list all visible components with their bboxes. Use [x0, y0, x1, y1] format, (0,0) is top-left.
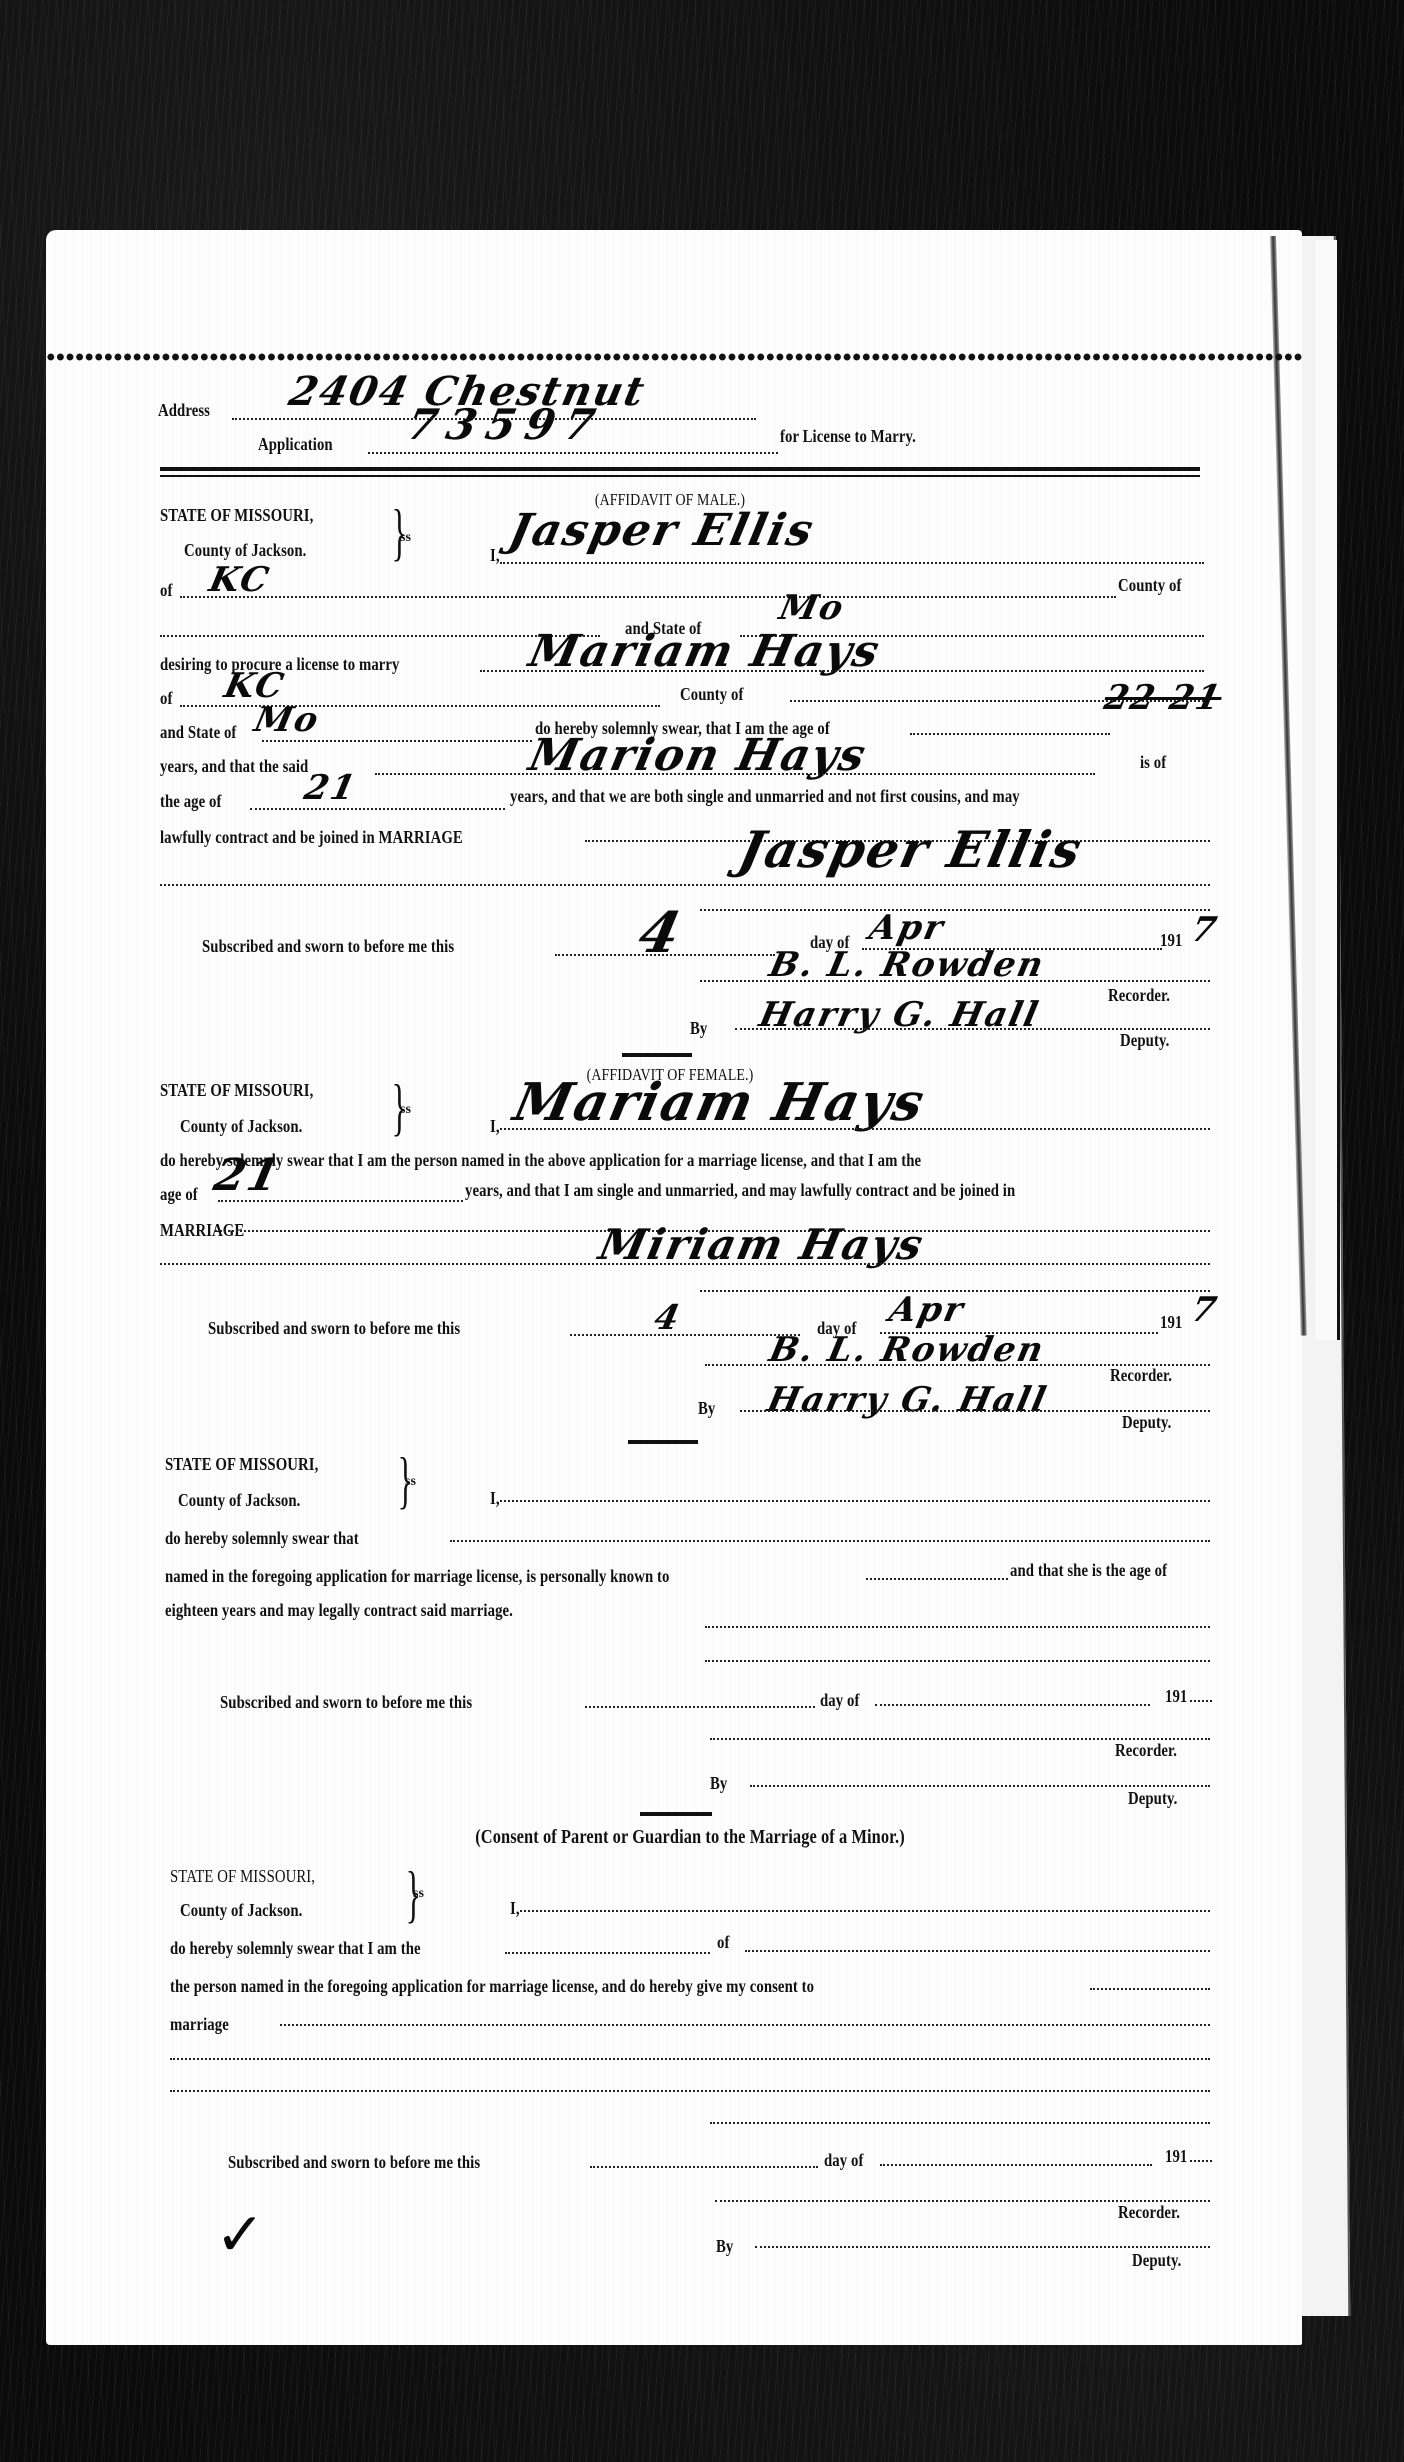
handwritten-groom-age: 22 21: [1101, 678, 1226, 718]
witness-i-label: I,: [490, 1488, 500, 1509]
witness-swear-line: [450, 1540, 1210, 1542]
header-rule-bottom: [160, 475, 1200, 477]
section-divider-3: [640, 1812, 712, 1816]
witness-ss-label: ss: [405, 1474, 416, 1490]
male-state-label: STATE OF MISSOURI,: [160, 505, 313, 526]
male-signature-line: [160, 884, 1210, 886]
underlying-page-edge-2: [1315, 240, 1340, 1340]
male-ss-label: ss: [400, 530, 411, 546]
female-day-line: [570, 1334, 800, 1336]
witness-subscribed-text: Subscribed and sworn to before me this: [220, 1692, 472, 1713]
consent-of-line: [745, 1950, 1210, 1952]
consent-deputy-line: [755, 2246, 1210, 2248]
male-subscribed-text: Subscribed and sworn to before me this: [202, 936, 454, 957]
bride-and-state-label: and State of: [160, 722, 236, 743]
male-extra-line: [700, 909, 1210, 911]
female-deputy-signature: Harry G. Hall: [764, 1380, 1052, 1420]
consent-ss-label: ss: [413, 1886, 424, 1902]
witness-deputy-label: Deputy.: [1128, 1788, 1177, 1809]
female-state-label: STATE OF MISSOURI,: [160, 1080, 313, 1101]
consent-to-line: [1090, 1988, 1210, 1990]
male-recorder-line: [700, 980, 1210, 982]
male-deputy-label: Deputy.: [1120, 1030, 1169, 1051]
bride-name-line: [480, 670, 1204, 672]
female-age-line: [218, 1200, 463, 1202]
male-year-prefix: 191: [1160, 930, 1182, 951]
consent-state-label: STATE OF MISSOURI,: [170, 1866, 315, 1887]
application-line: [368, 452, 778, 454]
female-county-label: County of Jackson.: [180, 1116, 302, 1137]
male-name-line: [500, 562, 1204, 564]
male-by-label: By: [690, 1018, 707, 1039]
consent-relation-line: [505, 1952, 710, 1954]
handwritten-application-number: 73597: [403, 400, 610, 449]
groom-signature: Jasper Ellis: [734, 820, 1089, 879]
check-mark-icon: ✓: [215, 2200, 267, 2270]
witness-known-line: [866, 1578, 1008, 1580]
female-year-prefix: 191: [1160, 1312, 1182, 1333]
consent-swear-text: do hereby solemnly swear that I am the: [170, 1938, 421, 1959]
consent-deputy-label: Deputy.: [1132, 2250, 1181, 2271]
the-age-of-label: the age of: [160, 791, 221, 812]
handwritten-female-name: Mariam Hays: [509, 1072, 932, 1133]
consent-i-label: I,: [510, 1898, 520, 1919]
male-county-label: County of Jackson.: [184, 540, 306, 561]
witness-year-line: [1190, 1700, 1212, 1702]
is-of-label: is of: [1140, 752, 1166, 773]
consent-line-2: [170, 2058, 1210, 2060]
consent-month-line: [880, 2164, 1152, 2166]
witness-state-label: STATE OF MISSOURI,: [165, 1454, 318, 1475]
consent-name-line: [520, 1910, 1210, 1912]
male-of-line: [180, 596, 1116, 598]
witness-sig-line-1: [705, 1626, 1210, 1628]
consent-day-line: [590, 2166, 818, 2168]
witness-named-text: named in the foregoing application for m…: [165, 1566, 669, 1587]
male-of-label: of: [160, 580, 172, 601]
consent-recorder-label: Recorder.: [1118, 2202, 1180, 2223]
bride-city-line: [180, 705, 660, 707]
female-i-label: I,: [490, 1116, 500, 1137]
said-line: [375, 773, 1095, 775]
section-divider-1: [622, 1053, 692, 1057]
male-recorder-signature: B. L. Rowden: [766, 945, 1049, 985]
female-recorder-label: Recorder.: [1110, 1365, 1172, 1386]
consent-subscribed-text: Subscribed and sworn to before me this: [228, 2152, 480, 2173]
consent-sig-line: [710, 2122, 1210, 2124]
consent-county-label: County of Jackson.: [180, 1900, 302, 1921]
male-recorder-label: Recorder.: [1108, 985, 1170, 1006]
address-label: Address: [158, 400, 210, 421]
handwritten-groom-name: Jasper Ellis: [505, 505, 820, 556]
handwritten-male-month: Apr: [866, 908, 949, 948]
witness-month-line: [875, 1704, 1150, 1706]
groom-age-line: [910, 733, 1110, 735]
witness-age-text: and that she is the age of: [1010, 1560, 1167, 1581]
male-county-of-label: County of: [1118, 575, 1181, 596]
witness-by-label: By: [710, 1773, 727, 1794]
witness-county-label: County of Jackson.: [178, 1490, 300, 1511]
application-label: Application: [258, 434, 333, 455]
female-deputy-label: Deputy.: [1122, 1412, 1171, 1433]
handwritten-groom-state: Mo: [776, 588, 849, 628]
handwritten-bride-age: 21: [301, 768, 361, 808]
male-i-label: I,: [490, 545, 500, 566]
consent-year-line: [1190, 2160, 1212, 2162]
handwritten-groom-city: KC: [206, 560, 274, 600]
bride-county-of-label: County of: [680, 684, 743, 705]
consent-of-label: of: [717, 1932, 729, 1953]
lawfully-text: lawfully contract and be joined in MARRI…: [160, 827, 463, 848]
female-subscribed-text: Subscribed and sworn to before me this: [208, 1318, 460, 1339]
consent-title: (Consent of Parent or Guardian to the Ma…: [475, 1826, 905, 1849]
witness-sig-line-2: [705, 1660, 1210, 1662]
witness-day-line: [585, 1706, 815, 1708]
consent-marriage-line: [280, 2024, 1210, 2026]
witness-year-prefix: 191: [1165, 1686, 1187, 1707]
witness-day-of-label: day of: [820, 1690, 859, 1711]
consent-by-label: By: [716, 2236, 733, 2257]
consent-year-prefix: 191: [1165, 2146, 1187, 2167]
witness-deputy-line: [750, 1785, 1210, 1787]
female-signature-line: [160, 1263, 1210, 1265]
female-ss-label: ss: [400, 1102, 411, 1118]
witness-name-line: [500, 1500, 1210, 1502]
witness-recorder-label: Recorder.: [1115, 1740, 1177, 1761]
years-said-text: years, and that the said: [160, 756, 308, 777]
header-rule-top: [160, 467, 1200, 471]
bride-state-line: [262, 740, 532, 742]
handwritten-bride-state: Mo: [251, 700, 324, 740]
witness-eighteen-text: eighteen years and may legally contract …: [165, 1600, 513, 1621]
perforation-line: [46, 352, 1302, 362]
female-by-label: By: [698, 1398, 715, 1419]
bride-of-label: of: [160, 688, 172, 709]
witness-swear-text: do hereby solemnly swear that: [165, 1528, 359, 1549]
consent-marriage-label: marriage: [170, 2014, 229, 2035]
consent-day-of-label: day of: [824, 2150, 863, 2171]
handwritten-female-month: Apr: [886, 1290, 969, 1330]
bride-signature: Miriam Hays: [595, 1220, 929, 1269]
female-single-text: years, and that I am single and unmarrie…: [465, 1180, 1015, 1201]
section-divider-2: [628, 1440, 698, 1444]
consent-person-text: the person named in the foregoing applic…: [170, 1976, 814, 1997]
bride-age-line: [250, 808, 505, 810]
female-age-label: age of: [160, 1184, 198, 1205]
consent-line-3: [170, 2090, 1210, 2092]
single-text: years, and that we are both single and u…: [510, 786, 1020, 807]
handwritten-female-age: 21: [210, 1150, 286, 1201]
license-to-marry-label: for License to Marry.: [780, 426, 916, 447]
female-name-line: [500, 1128, 1210, 1130]
